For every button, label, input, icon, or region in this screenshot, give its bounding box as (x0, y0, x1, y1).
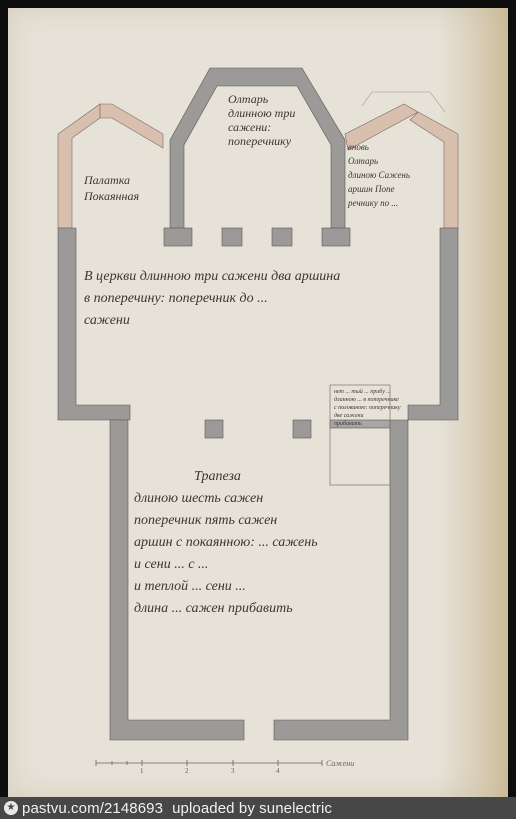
scale-tick-1: 1 (140, 767, 144, 775)
refectory-line-4: аршин с покаянною: ... сажень (134, 532, 318, 554)
right-chapel-line-4: аршин Попе (348, 182, 410, 196)
refectory-line-7: длина ... сажен прибавить (134, 598, 318, 620)
nave-line-3: сажени (84, 310, 340, 332)
pastvu-star-icon[interactable]: ★ (4, 801, 18, 815)
altar-line-2: длинною три (228, 106, 295, 120)
altar-line-4: поперечнику (228, 134, 295, 148)
nave-line-1: В церкви длинною три сажени два аршина (84, 266, 340, 288)
side-note-line-3: с половиною: поперечнику (334, 404, 401, 412)
attribution-bar: ★ pastvu.com/2148693 uploaded by sunelec… (0, 797, 516, 819)
side-note-line-5: прибавить (334, 420, 401, 428)
left-chapel-line-1: Палатка (84, 172, 139, 188)
refectory-label: Трапеза длиною шесть сажен поперечник пя… (134, 466, 318, 620)
altar-line-1: Олтарь (228, 92, 295, 106)
side-note-line-2: длинною ... в поперечнике (334, 396, 401, 404)
right-chapel-label: вновь Олтарь длиною Сажень аршин Попе ре… (348, 140, 410, 210)
source-link[interactable]: pastvu.com/2148693 (22, 800, 163, 817)
uploader-credit: uploaded by sunelectric (172, 800, 332, 817)
refectory-line-2: длиною шесть сажен (134, 488, 318, 510)
scale-tick-2: 2 (185, 767, 189, 775)
altar-line-3: сажени: (228, 120, 295, 134)
right-chapel-line-1: вновь (348, 140, 410, 154)
refectory-line-3: поперечник пять сажен (134, 510, 318, 532)
altar-label: Олтарь длинною три сажени: поперечнику (228, 92, 295, 148)
refectory-line-1: Трапеза (134, 466, 318, 488)
side-note-line-1: нет ... тый ... прибу ... (334, 388, 401, 396)
scale-tick-4: 4 (276, 767, 280, 775)
refectory-line-5: и сени ... с ... (134, 554, 318, 576)
side-note-line-4: две сажени (334, 412, 401, 420)
right-chapel-line-5: речнику по ... (348, 196, 410, 210)
side-note: нет ... тый ... прибу ... длинною ... в … (334, 388, 401, 428)
left-chapel-label: Палатка Покаянная (84, 172, 139, 204)
nave-line-2: в поперечину: поперечник до ... (84, 288, 340, 310)
scale-tick-3: 3 (231, 767, 235, 775)
right-chapel-line-3: длиною Сажень (348, 168, 410, 182)
scale-bar (96, 760, 322, 766)
scale-unit-label: Сажени (326, 759, 354, 768)
refectory-line-6: и теплой ... сени ... (134, 576, 318, 598)
left-chapel-walls (58, 104, 163, 228)
left-chapel-line-2: Покаянная (84, 188, 139, 204)
nave-label: В церкви длинною три сажени два аршина в… (84, 266, 340, 332)
right-chapel-line-2: Олтарь (348, 154, 410, 168)
